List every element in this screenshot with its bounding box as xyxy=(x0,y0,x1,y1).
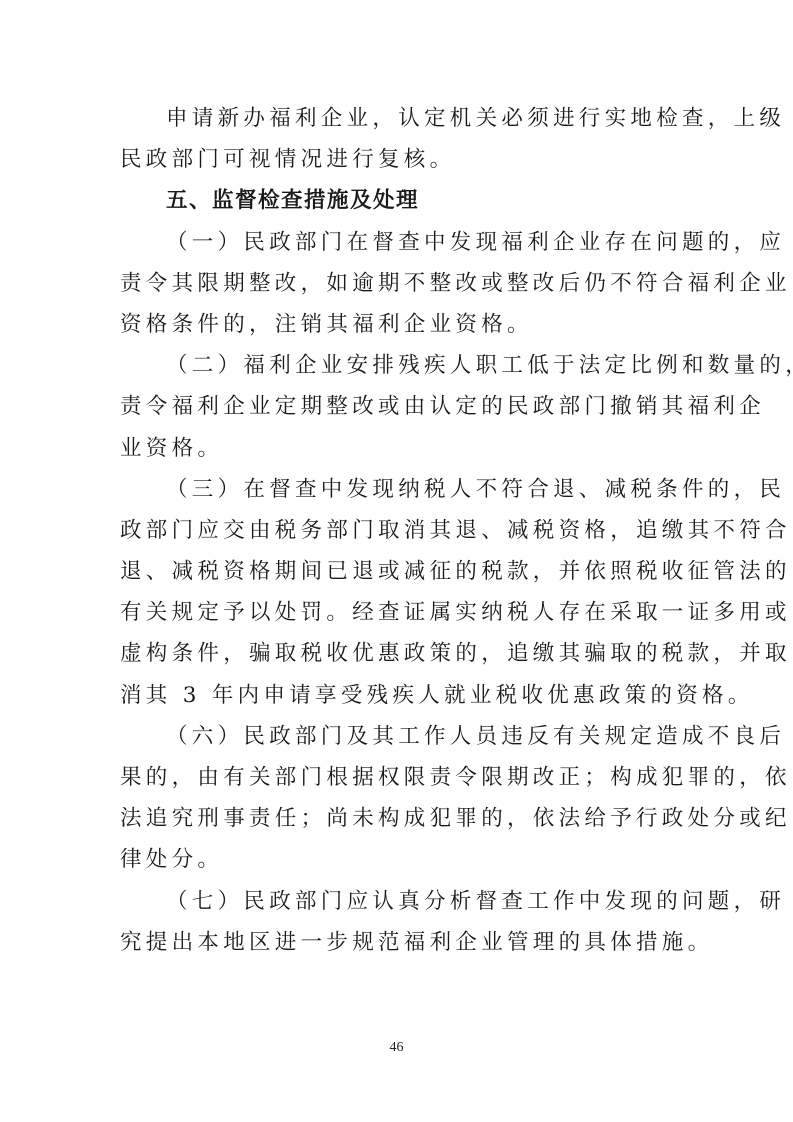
paragraph-line: （一）民政部门在督查中发现福利企业存在问题的，应 xyxy=(120,222,672,263)
document-page: 申请新办福利企业，认定机关必须进行实地检查，上级 民政部门可视情况进行复核。 五… xyxy=(120,98,672,963)
paragraph-line: 果的，由有关部门根据权限责令限期改正；构成犯罪的，依 xyxy=(120,757,672,798)
paragraph-line: 消其 3 年内申请享受残疾人就业税收优惠政策的资格。 xyxy=(120,675,672,716)
paragraph-line: 民政部门可视情况进行复核。 xyxy=(120,139,672,180)
paragraph-line: （二）福利企业安排残疾人职工低于法定比例和数量的， xyxy=(120,345,672,386)
paragraph-line: 虚构条件，骗取税收优惠政策的，追缴其骗取的税款，并取 xyxy=(120,633,672,674)
paragraph-line: （七）民政部门应认真分析督查工作中发现的问题，研 xyxy=(120,881,672,922)
paragraph-line: 法追究刑事责任；尚未构成犯罪的，依法给予行政处分或纪 xyxy=(120,798,672,839)
page-number: 46 xyxy=(0,1040,793,1056)
paragraph-line: 政部门应交由税务部门取消其退、减税资格，追缴其不符合 xyxy=(120,510,672,551)
paragraph-line: （六）民政部门及其工作人员违反有关规定造成不良后 xyxy=(120,716,672,757)
section-heading: 五、监督检查措施及处理 xyxy=(120,180,672,221)
paragraph-line: 律处分。 xyxy=(120,839,672,880)
paragraph-line: 有关规定予以处罚。经查证属实纳税人存在采取一证多用或 xyxy=(120,592,672,633)
paragraph-line: 业资格。 xyxy=(120,428,672,469)
paragraph-line: 责令其限期整改，如逾期不整改或整改后仍不符合福利企业 xyxy=(120,263,672,304)
paragraph-line: 资格条件的，注销其福利企业资格。 xyxy=(120,304,672,345)
paragraph-line: 申请新办福利企业，认定机关必须进行实地检查，上级 xyxy=(120,98,672,139)
paragraph-line: （三）在督查中发现纳税人不符合退、减税条件的，民 xyxy=(120,469,672,510)
paragraph-line: 退、减税资格期间已退或减征的税款，并依照税收征管法的 xyxy=(120,551,672,592)
paragraph-line: 责令福利企业定期整改或由认定的民政部门撤销其福利企 xyxy=(120,386,672,427)
paragraph-line: 究提出本地区进一步规范福利企业管理的具体措施。 xyxy=(120,922,672,963)
